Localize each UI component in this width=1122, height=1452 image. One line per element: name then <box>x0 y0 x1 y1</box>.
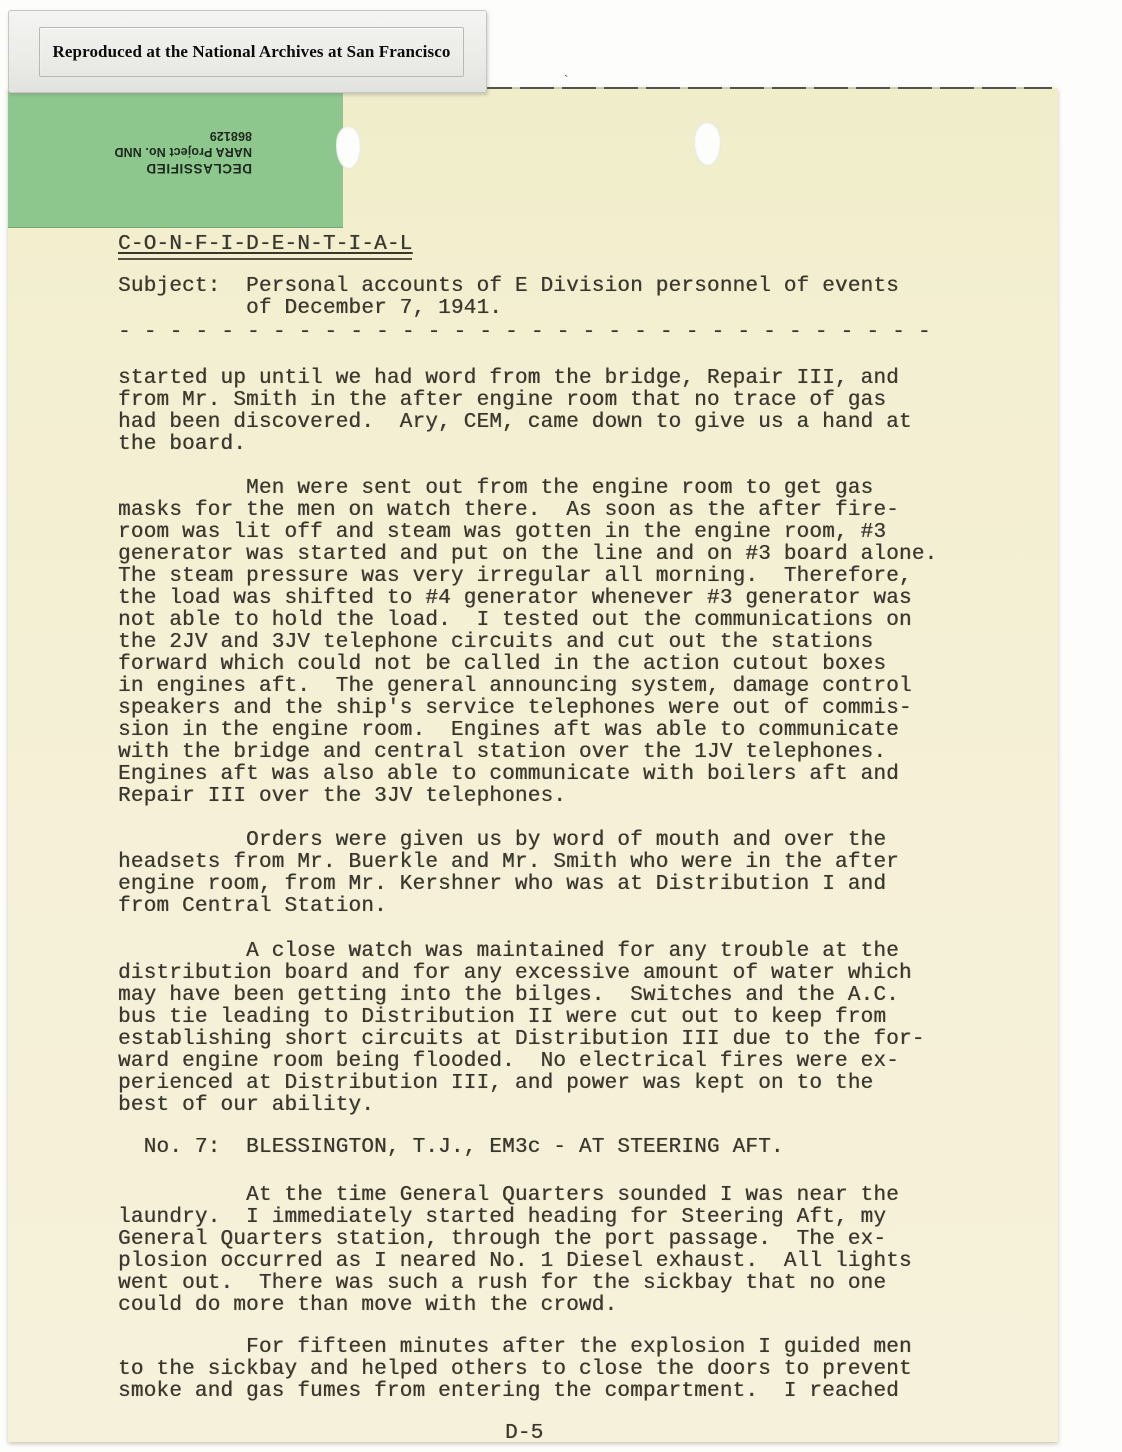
declassified-card: DECLASSIFIED NARA Project No. NND 868129 <box>8 88 343 228</box>
punch-hole-left <box>336 126 361 169</box>
paragraph-gas-trace: started up until we had word from the br… <box>118 368 912 456</box>
classification-text: C-O-N-F-I-D-E-N-T-I-A-L <box>118 234 412 260</box>
scanned-document: DECLASSIFIED NARA Project No. NND 868129… <box>0 0 1122 1452</box>
document-page: DECLASSIFIED NARA Project No. NND 868129… <box>8 88 1058 1442</box>
separator-dashes: - - - - - - - - - - - - - - - - - - - - … <box>118 322 931 344</box>
archives-label-text: Reproduced at the National Archives at S… <box>53 42 451 62</box>
scan-speck: ` <box>564 72 568 88</box>
archives-reproduction-label: Reproduced at the National Archives at S… <box>8 10 487 93</box>
declassified-stamp: DECLASSIFIED NARA Project No. NND 868129 <box>80 141 252 177</box>
paragraph-distribution-watch: A close watch was maintained for any tro… <box>118 941 925 1117</box>
paragraph-fifteen-minutes: For fifteen minutes after the explosion … <box>118 1337 912 1403</box>
declassified-stamp-line1: DECLASSIFIED <box>80 160 252 177</box>
declassified-stamp-line2: NARA Project No. NND 868129 <box>80 128 252 160</box>
punch-hole-right <box>694 122 721 166</box>
paragraph-general-quarters: At the time General Quarters sounded I w… <box>118 1185 912 1317</box>
subject-lines: Subject: Personal accounts of E Division… <box>118 276 899 320</box>
classification-heading: C-O-N-F-I-D-E-N-T-I-A-L <box>118 234 412 260</box>
paragraph-generators-telephones: Men were sent out from the engine room t… <box>118 478 937 808</box>
paragraph-orders: Orders were given us by word of mouth an… <box>118 830 899 918</box>
archives-label-frame: Reproduced at the National Archives at S… <box>39 27 464 77</box>
page-number: D-5 <box>505 1423 543 1445</box>
section-heading-no7: No. 7: BLESSINGTON, T.J., EM3c - AT STEE… <box>118 1137 784 1159</box>
